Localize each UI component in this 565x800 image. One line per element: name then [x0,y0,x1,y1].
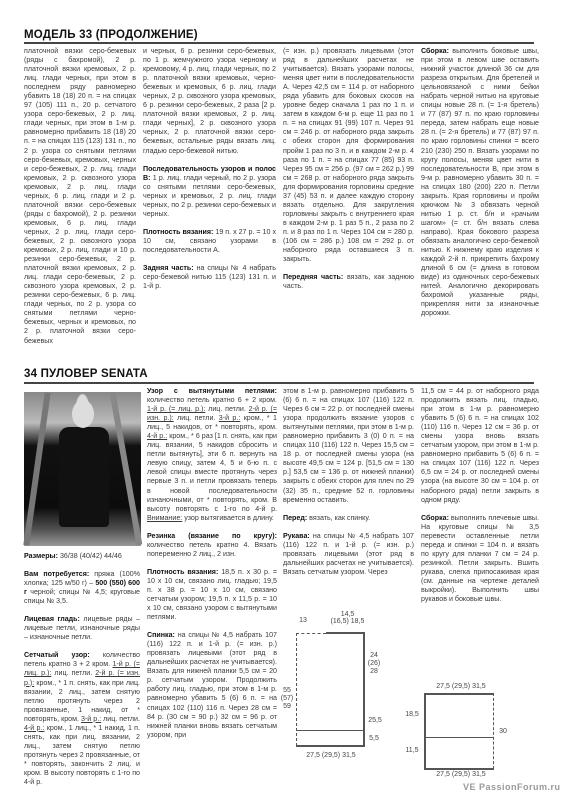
model33-column-1: платочной вязки серо-бежевых (ряды с бах… [24,47,136,355]
dim-sleeve-top: 27,5 (29,5) 31,5 [428,683,494,691]
dim-sleeve-length: 30 [497,728,509,736]
pullover-figure [59,427,109,527]
front-part-label: Передняя часть: [283,273,343,281]
back-paragraph: Спинка: на спицы № 4,5 набрать 107 (116)… [147,631,277,740]
dim-total-height-3: 59 [280,703,294,711]
dim-sleeve-lower: 11,5 [404,747,420,755]
shoulder-line [326,632,364,634]
materials-paragraph: Вам потребуется: пряжа (100% хлопка; 125… [24,570,140,606]
back-part-label: Задняя часть: [143,264,194,272]
model33-column-3: (= изн. р.) провязать лицевыми (этот ряд… [283,47,414,300]
pattern-sequence-b: Последовательность узоров и полос В: 1 р… [143,165,276,219]
gauge-paragraph: Плотность вязания: 19 п. х 27 р. = 10 х … [143,228,276,255]
sleeves-label: Рукава: [283,532,310,540]
stockinette-paragraph: Лицевая гладь: лицевые ряды – лицевые пе… [24,615,140,642]
model33-text-continued: платочной вязки серо-бежевых (ряды с бах… [24,47,136,346]
dim-yoke-height-3: 28 [367,668,381,676]
band-line [296,730,364,731]
back-part-continued: (= изн. р.) провязать лицевыми (этот ряд… [283,47,414,264]
stockinette-label: Лицевая гладь: [24,615,80,623]
dim-neck-width: 13 [293,617,313,625]
sizes-paragraph: Размеры: 36/38 (40/42) 44/46 [24,552,140,561]
front-paragraph: Перед: вязать, как спинку. [283,514,414,523]
dim-yoke-height-2: (26) [367,660,381,668]
drop-stitch-paragraph: Узор с вытянутыми петлями: количество пе… [147,387,277,523]
neckline-dashed [296,633,326,634]
drop-stitch-label: Узор с вытянутыми петлями: [147,387,277,395]
dim-total-height-1: 55 [280,687,294,695]
assembly-label: Сборка: [421,47,449,55]
rib-paragraph: Резинка (вязание по кругу): количество п… [147,532,277,559]
hem-line [296,745,365,747]
sleeve-fold-dashed [493,693,494,769]
model34-column-4: 11,5 см = 44 р. от наборного ряда продол… [421,387,539,613]
dim-hem-width: 27,5 (29,5) 31,5 [298,752,364,760]
dim-yoke-height-1: 24 [367,652,381,660]
rib-label: Резинка (вязание по кругу): [147,532,277,540]
model-head [72,400,94,428]
dim-total-height-2: (57) [280,695,294,703]
model33-column-4: Сборка: выполнить боковые швы, при этом … [421,47,539,327]
model33-column-2: и черных, 6 р. резинки серо-бежевых, по … [143,47,276,300]
model34-column-2: Узор с вытянутыми петлями: количество пе… [147,387,277,749]
back-part-paragraph: Задняя часть: на спицы № 4 набрать серо-… [143,264,276,291]
front-label: Перед: [283,514,307,522]
pattern-sequence-a-end: и черных, 6 р. резинки серо-бежевых, по … [143,47,276,156]
mesh-pattern-label: Сетчатый узор: [24,651,90,659]
section-title-model-34: 34 ПУЛОВЕР SENATA [24,368,148,380]
side-seam-line [363,632,365,746]
model34-column-3: этом в 1-м р. равномерно прибавить 5 (6)… [283,387,414,586]
page-footer-watermark: VE PassionForum.ru [463,782,561,792]
dim-sleeve-upper: 18,5 [404,711,420,719]
model-photo [24,392,141,546]
section-divider [24,382,534,384]
sleeves-continued: 11,5 см = 44 р. от наборного ряда продол… [421,387,539,505]
dim-shoulder-width-2: (16,5) 18,5 [320,618,375,626]
palm-trunk [110,393,143,546]
palm-trunk [23,392,50,545]
section-title-model-33: МОДЕЛЬ 33 (ПРОДОЛЖЕНИЕ) [24,29,198,41]
gauge-label: Плотность вязания: [147,568,218,576]
gauge-label: Плотность вязания: [143,228,213,236]
gauge-paragraph: Плотность вязания: 18,5 п. х 30 р. = 10 … [147,568,277,622]
assembly-paragraph: Сборка: выполнить плечевые швы. На круго… [421,514,539,604]
back-label: Спинка: [147,631,175,639]
sleeves-paragraph: Рукава: на спицы № 4,5 набрать 107 (116)… [283,532,414,577]
dim-band-height: 5,5 [367,735,381,743]
sleeve-left-line [424,693,426,769]
section-divider [24,42,534,44]
model34-column-1: Размеры: 36/38 (40/42) 44/46 Вам потребу… [24,552,140,796]
dim-body-height: 25,5 [367,717,383,725]
sleeve-mid-line [424,737,494,738]
front-part-paragraph: Передняя часть: вязать, как заднюю часть… [283,273,414,291]
mesh-pattern-paragraph: Сетчатый узор: количество петель кратно … [24,651,140,787]
sleeve-bottom-line [424,768,494,770]
sleeve-top-line [424,693,494,695]
assembly-paragraph: Сборка: выполнить боковые швы, при этом … [421,47,539,318]
assembly-label: Сборка: [421,514,449,522]
back-continued: этом в 1-м р. равномерно прибавить 5 (6)… [283,387,414,505]
sizes-label: Размеры: [24,552,58,560]
dim-sleeve-bottom: 27,5 (29,5) 31,5 [428,771,494,779]
materials-label: Вам потребуется: [24,570,89,578]
